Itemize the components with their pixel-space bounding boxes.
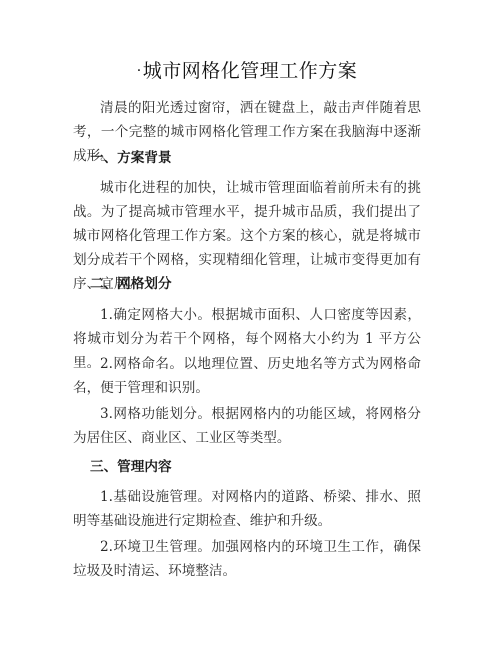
document-title: ·城市网格化管理工作方案 — [73, 58, 421, 84]
management-item-1: 1.基础设施管理。对网格内的道路、桥梁、排水、照明等基础设施进行定期检查、维护和… — [73, 485, 421, 533]
title-text: 城市网格化管理工作方案 — [143, 60, 358, 82]
grid-division-item-2: 2.网格命名。以地理位置、历史地名等方式为网格命名，便于管理和识别。 — [73, 352, 421, 400]
grid-division-item-3: 3.网格功能划分。根据网格内的功能区域，将网格分为居住区、商业区、工业区等类型。 — [73, 402, 421, 450]
management-item-2: 2.环境卫生管理。加强网格内的环境卫生工作，确保垃圾及时清运、环境整洁。 — [73, 535, 421, 583]
section-heading-management-content: 三、管理内容 — [90, 457, 172, 477]
section-heading-grid-division: 二、网格划分 — [90, 274, 172, 294]
title-marker: · — [137, 63, 142, 79]
section-heading-background: 一、方案背景 — [90, 148, 172, 168]
